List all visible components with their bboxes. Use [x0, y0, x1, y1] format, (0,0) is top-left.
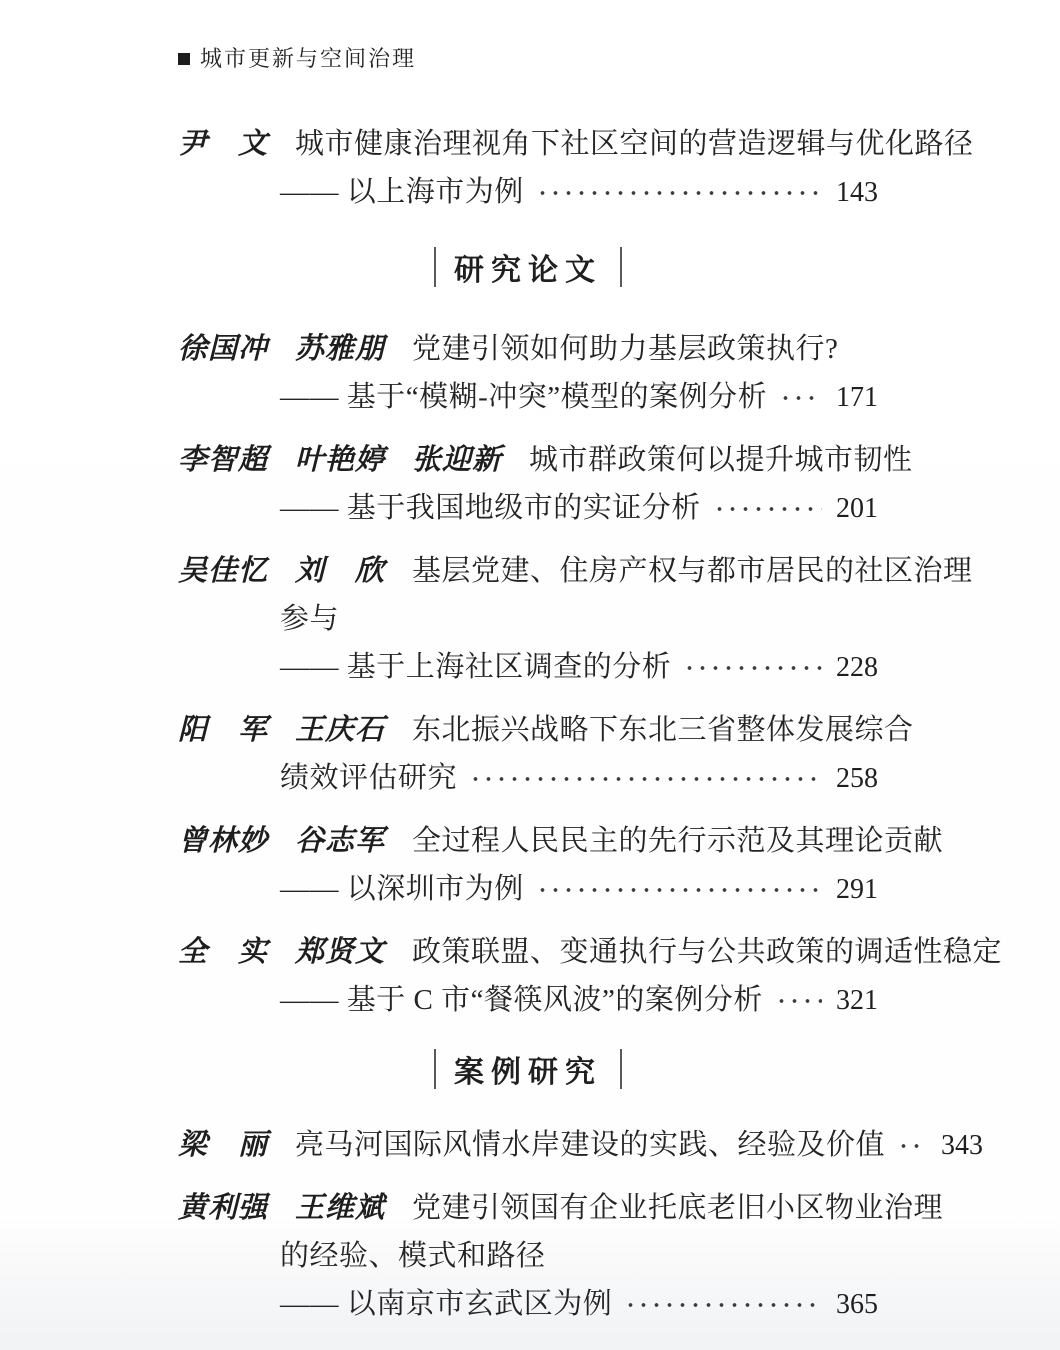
- dot-leader: [683, 663, 822, 673]
- dot-leader: [779, 393, 822, 403]
- section-title: 案例研究: [454, 1047, 602, 1091]
- author-name: 阳 军: [178, 706, 268, 754]
- dot-leader: [713, 504, 822, 514]
- author-name: 张迎新: [412, 436, 502, 484]
- article-subtitle: —— 基于 C 市“餐筷风波”的案例分析: [280, 976, 763, 1024]
- article-subtitle: —— 以上海市为例: [280, 168, 524, 216]
- author-name: 王庆石: [295, 706, 385, 754]
- article-title: 城市群政策何以提升城市韧性: [529, 436, 913, 484]
- article-subtitle: —— 基于我国地级市的实证分析: [280, 484, 701, 532]
- article-title: 城市健康治理视角下社区空间的营造逻辑与优化路径: [295, 120, 974, 168]
- article-title-continued: 的经验、模式和路径: [280, 1232, 546, 1280]
- page-number: 343: [941, 1122, 983, 1170]
- square-bullet-icon: [178, 53, 190, 65]
- section-heading: 案例研究: [178, 1047, 878, 1091]
- author-name: 吴佳忆: [178, 547, 268, 595]
- article-subtitle: —— 以深圳市为例: [280, 865, 524, 913]
- toc-entry: 曾林妙 谷志军 全过程人民民主的先行示范及其理论贡献 —— 以深圳市为例 291: [178, 817, 878, 914]
- author-name: 尹 文: [178, 120, 268, 168]
- section-title: 研究论文: [454, 245, 602, 289]
- author-name: 李智超: [178, 436, 268, 484]
- vertical-bar-decoration: [620, 1049, 622, 1089]
- dot-leader: [775, 996, 822, 1006]
- article-title-continued: 绩效评估研究: [280, 754, 457, 802]
- toc-entry: 阳 军 王庆石 东北振兴战略下东北三省整体发展综合 绩效评估研究 258: [178, 706, 878, 803]
- dot-leader: [536, 188, 822, 198]
- article-title: 东北振兴战略下东北三省整体发展综合: [412, 706, 914, 754]
- article-title: 亮马河国际风情水岸建设的实践、经验及价值: [295, 1121, 885, 1169]
- article-subtitle: —— 基于上海社区调查的分析: [280, 643, 671, 691]
- toc-page: 城市更新与空间治理 尹 文 城市健康治理视角下社区空间的营造逻辑与优化路径 ——…: [0, 0, 1060, 1350]
- dot-leader: [897, 1141, 927, 1151]
- author-name: 谷志军: [295, 817, 385, 865]
- author-name: 王维斌: [295, 1184, 385, 1232]
- dot-leader: [536, 885, 822, 895]
- article-subtitle: —— 基于“模糊-冲突”模型的案例分析: [280, 373, 767, 421]
- author-name: 郑贤文: [295, 928, 385, 976]
- page-number: 201: [836, 485, 878, 533]
- article-title: 基层党建、住房产权与都市居民的社区治理: [412, 547, 973, 595]
- vertical-bar-decoration: [620, 247, 622, 287]
- article-title: 政策联盟、变通执行与公共政策的调适性稳定: [412, 928, 1002, 976]
- page-number: 143: [836, 169, 878, 217]
- author-name: 苏雅朋: [295, 325, 385, 373]
- dot-leader: [469, 774, 822, 784]
- article-title-continued: 参与: [280, 595, 339, 643]
- toc-entry: 全 实 郑贤文 政策联盟、变通执行与公共政策的调适性稳定 —— 基于 C 市“餐…: [178, 928, 878, 1025]
- toc-entry: 徐国冲 苏雅朋 党建引领如何助力基层政策执行? —— 基于“模糊-冲突”模型的案…: [178, 325, 878, 422]
- toc-entry: 吴佳忆 刘 欣 基层党建、住房产权与都市居民的社区治理 参与 —— 基于上海社区…: [178, 547, 878, 692]
- section-heading: 研究论文: [178, 245, 878, 289]
- toc-entry: 黄利强 王维斌 党建引领国有企业托底老旧小区物业治理 的经验、模式和路径 —— …: [178, 1184, 878, 1329]
- vertical-bar-decoration: [434, 1049, 436, 1089]
- book-title: 城市更新与空间治理: [200, 46, 416, 72]
- article-title: 党建引领国有企业托底老旧小区物业治理: [412, 1184, 943, 1232]
- author-name: 叶艳婷: [295, 436, 385, 484]
- author-name: 梁 丽: [178, 1121, 268, 1169]
- running-head: 城市更新与空间治理: [178, 46, 878, 72]
- page-number: 258: [836, 755, 878, 803]
- author-name: 徐国冲: [178, 325, 268, 373]
- author-name: 曾林妙: [178, 817, 268, 865]
- author-name: 刘 欣: [295, 547, 385, 595]
- toc-entry: 尹 文 城市健康治理视角下社区空间的营造逻辑与优化路径 —— 以上海市为例 14…: [178, 120, 878, 217]
- article-subtitle: —— 以南京市玄武区为例: [280, 1280, 612, 1328]
- article-title: 党建引领如何助力基层政策执行?: [412, 325, 838, 373]
- vertical-bar-decoration: [434, 247, 436, 287]
- page-number: 321: [836, 977, 878, 1025]
- author-name: 黄利强: [178, 1184, 268, 1232]
- page-number: 171: [836, 374, 878, 422]
- page-number: 291: [836, 866, 878, 914]
- article-title: 全过程人民民主的先行示范及其理论贡献: [412, 817, 943, 865]
- page-number: 228: [836, 644, 878, 692]
- dot-leader: [624, 1300, 822, 1310]
- toc-entry: 李智超 叶艳婷 张迎新 城市群政策何以提升城市韧性 —— 基于我国地级市的实证分…: [178, 436, 878, 533]
- page-number: 365: [836, 1281, 878, 1329]
- author-name: 全 实: [178, 928, 268, 976]
- toc-entry: 梁 丽 亮马河国际风情水岸建设的实践、经验及价值 343: [178, 1121, 878, 1170]
